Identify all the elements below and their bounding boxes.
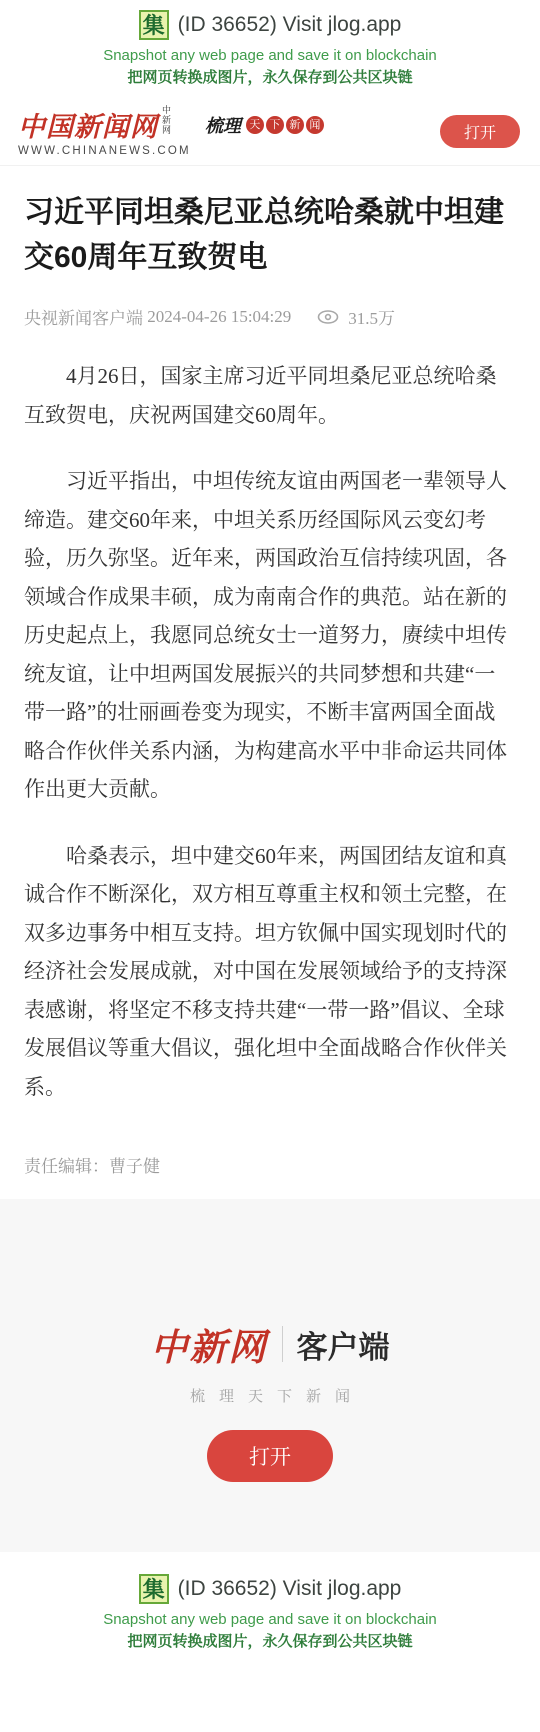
open-app-button-footer[interactable]: 打开 <box>207 1430 333 1482</box>
stamp-char: 下 <box>266 116 284 134</box>
slogan-prefix: 梳理 <box>205 112 241 138</box>
promo-subtitle-en: Snapshot any web page and save it on blo… <box>0 1611 540 1628</box>
promo-subtitle-zh: 把网页转换成图片，永久保存到公共区块链 <box>0 66 540 87</box>
site-header: 中国新闻网 中新网 WWW.CHINANEWS.COM 梳理 天 下 新 闻 打… <box>0 93 540 166</box>
paragraph: 4月26日，国家主席习近平同坦桑尼亚总统哈桑互致贺电，庆祝两国建交60周年。 <box>24 357 516 434</box>
logo-vertical-text: 中新网 <box>161 105 170 135</box>
promo-link[interactable]: 集 (ID 36652) Visit jlog.app <box>0 10 540 40</box>
ji-logo-icon: 集 <box>139 1574 169 1604</box>
promo-subtitle-zh: 把网页转换成图片，永久保存到公共区块链 <box>0 1630 540 1651</box>
app-card-logo-row: 中新网 客户端 <box>151 1317 390 1371</box>
logo-calligraphy: 中国新闻网 <box>18 105 158 144</box>
top-promo-banner: 集 (ID 36652) Visit jlog.app Snapshot any… <box>0 0 540 87</box>
paragraph: 习近平指出，中坦传统友谊由两国老一辈领导人缔造。建交60年来，中坦关系历经国际风… <box>24 462 516 809</box>
eye-icon <box>317 309 339 325</box>
app-card-slogan: 梳理天下新闻 <box>176 1385 364 1406</box>
app-download-card: 中新网 客户端 梳理天下新闻 打开 <box>0 1199 540 1552</box>
page: 集 (ID 36652) Visit jlog.app Snapshot any… <box>0 0 540 1732</box>
logo-url-text: WWW.CHINANEWS.COM <box>18 145 191 157</box>
chinanews-logo[interactable]: 中国新闻网 中新网 WWW.CHINANEWS.COM <box>18 105 191 157</box>
article-datetime: 2024-04-26 15:04:29 <box>147 307 291 327</box>
slogan-stamp: 梳理 天 下 新 闻 <box>205 112 324 138</box>
stamp-char: 新 <box>286 116 304 134</box>
article: 习近平同坦桑尼亚总统哈桑就中坦建交60周年互致贺电 央视新闻客户端 2024-0… <box>0 190 540 1177</box>
stamp-char: 天 <box>246 116 264 134</box>
promo-link-label: (ID 36652) Visit jlog.app <box>178 13 402 37</box>
paragraph: 哈桑表示，坦中建交60年来，两国团结友谊和真诚合作不断深化，双方相互尊重主权和领… <box>24 837 516 1107</box>
open-app-button-header[interactable]: 打开 <box>440 115 520 148</box>
stamp-char: 闻 <box>306 116 324 134</box>
promo-subtitle-en: Snapshot any web page and save it on blo… <box>0 47 540 64</box>
client-label: 客户端 <box>297 1322 390 1367</box>
promo-link[interactable]: 集 (ID 36652) Visit jlog.app <box>0 1574 540 1604</box>
promo-link-label: (ID 36652) Visit jlog.app <box>178 1577 402 1601</box>
ji-logo-icon: 集 <box>139 10 169 40</box>
article-source: 央视新闻客户端 <box>24 304 143 329</box>
view-count: 31.5万 <box>317 304 395 329</box>
view-count-value: 31.5万 <box>348 304 395 329</box>
bottom-promo-banner: 集 (ID 36652) Visit jlog.app Snapshot any… <box>0 1564 540 1651</box>
article-meta: 央视新闻客户端 2024-04-26 15:04:29 31.5万 <box>24 304 516 329</box>
article-title: 习近平同坦桑尼亚总统哈桑就中坦建交60周年互致贺电 <box>24 190 516 280</box>
editor-credit: 责任编辑：曹子健 <box>24 1152 516 1177</box>
logo-divider <box>282 1326 283 1362</box>
app-card-logo: 中新网 <box>151 1317 268 1371</box>
article-body: 4月26日，国家主席习近平同坦桑尼亚总统哈桑互致贺电，庆祝两国建交60周年。 习… <box>24 357 516 1106</box>
